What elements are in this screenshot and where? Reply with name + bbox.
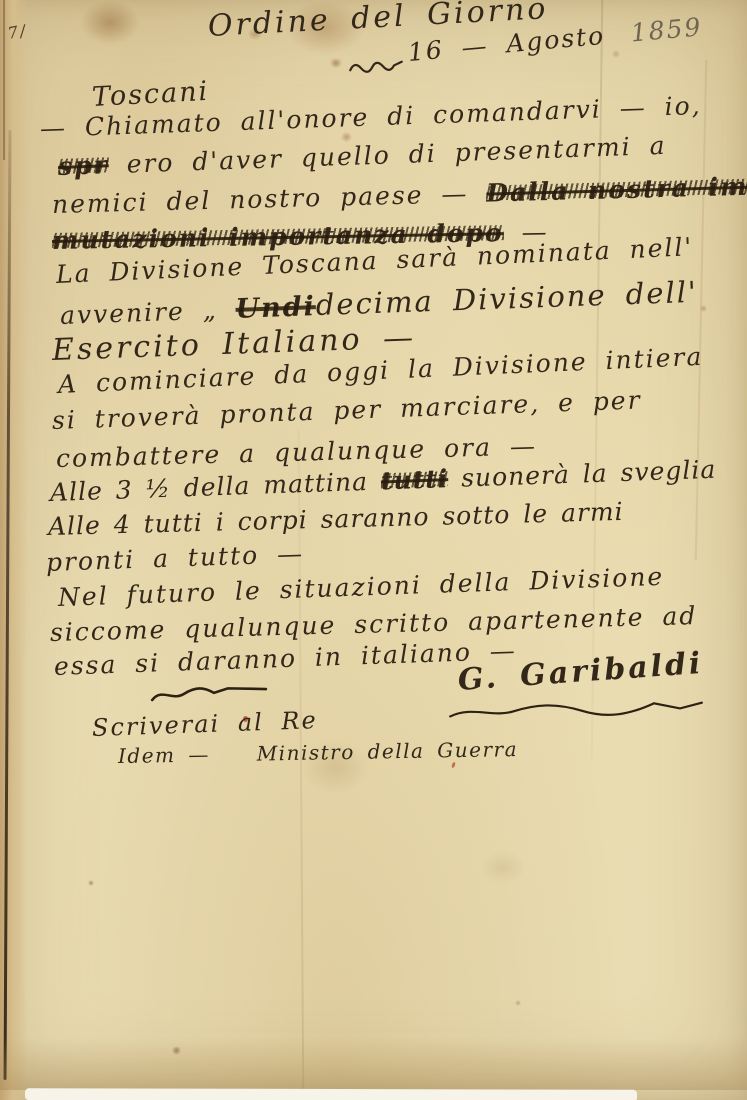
idem-mark: Idem — [118, 742, 210, 768]
stain [80, 0, 140, 45]
closing-flourish [150, 682, 271, 706]
body-line: nemici del nostro paese — Dalla nostra i… [52, 174, 747, 217]
foxing-spot [612, 50, 620, 58]
binding-crease [4, 130, 12, 1080]
struck-text: tutti [380, 464, 448, 495]
body-line: pronti a tutto — [46, 541, 305, 575]
foxing-spot [700, 305, 707, 312]
struck-text: spr [57, 150, 109, 181]
line-text: decima Divisione dell' [315, 275, 698, 322]
foxing-spot [172, 1046, 181, 1055]
binding-crease-upper [3, 0, 5, 160]
stain [480, 850, 525, 885]
line-text: Alle 3 ½ della mattina [49, 466, 381, 507]
foxing-spot [515, 1000, 521, 1006]
postscript-line: Idem — Ministro della Guerra [118, 739, 518, 766]
body-line: spr ero d'aver quello di presentarmi a [58, 133, 667, 179]
struck-text: Undi [235, 291, 316, 325]
scan-edge [25, 1088, 637, 1100]
line-text: Ministro della Guerra [257, 737, 519, 766]
bottom-edge-shadow [0, 1038, 747, 1090]
line-text: avvenire „ [60, 295, 237, 330]
page-number-mark: 7/ [7, 23, 29, 42]
manuscript-page: 7/ Ordine del Giorno 16 — Agosto 1859 To… [0, 0, 747, 1100]
line-text: ero d'aver quello di presentarmi a [126, 131, 667, 179]
struck-text: Dalla nostra im [486, 172, 747, 208]
fold-crease [695, 60, 707, 560]
date-year: 1859 [630, 12, 704, 47]
date-squiggle-flourish [347, 56, 404, 77]
binding-edge [0, 0, 28, 1100]
foxing-spot [88, 880, 94, 886]
signature-underline-flourish [448, 696, 706, 723]
salutation: Toscani [91, 78, 210, 111]
line-text: nemici del nostro paese — [52, 179, 487, 219]
body-line: siccome qualunque scritto apartenente ad [50, 603, 698, 645]
body-line: Alle 4 tutti i corpi saranno sotto le ar… [48, 499, 624, 539]
foxing-spot [341, 132, 352, 142]
red-speck [451, 762, 456, 769]
margin-dash: — [39, 113, 67, 143]
foxing-spot [330, 58, 342, 68]
postscript-line: Scriverai al Re [92, 708, 318, 740]
